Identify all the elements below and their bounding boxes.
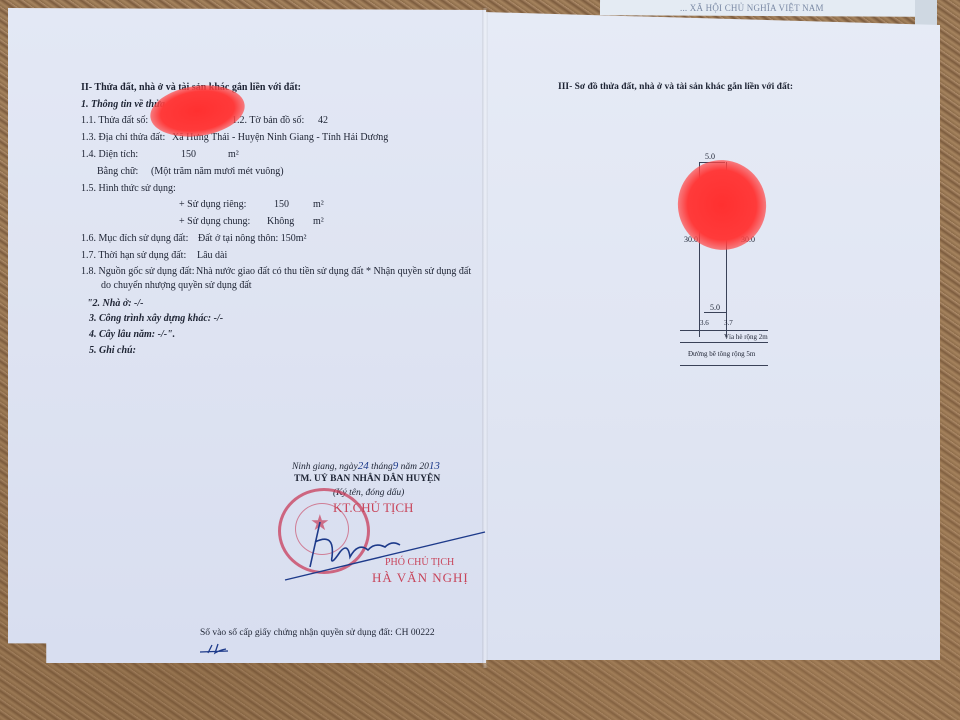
area-value: 150 bbox=[181, 149, 196, 160]
area-unit: m² bbox=[228, 149, 239, 160]
private-use-label: + Sử dụng riêng: bbox=[179, 199, 246, 210]
parcel-number-label: 1.1. Thửa đất số: bbox=[81, 115, 148, 126]
term-label: 1.7. Thời hạn sử dụng đất: bbox=[81, 250, 186, 261]
private-use-value: 150 bbox=[274, 199, 289, 210]
right-page bbox=[484, 12, 940, 660]
corner-right-label: 3.7 bbox=[724, 319, 733, 327]
private-use-unit: m² bbox=[313, 199, 324, 210]
other-construction-entry: 3. Công trình xây dựng khác: -/- bbox=[89, 313, 223, 324]
map-sheet-label: 1.2. Tờ bản đồ số: bbox=[232, 115, 304, 126]
shared-use-value: Không bbox=[267, 216, 294, 227]
area-words-value: (Một trăm năm mươi mét vuông) bbox=[151, 166, 284, 177]
registry-entry: Số vào sổ cấp giấy chứng nhận quyền sử d… bbox=[200, 628, 435, 638]
purpose-label: 1.6. Mục đích sử dụng đất: bbox=[81, 233, 188, 244]
signing-month: 9 bbox=[393, 460, 399, 472]
section-iii-title: III- Sơ đồ thửa đất, nhà ở và tài sản kh… bbox=[558, 82, 793, 92]
address-label: 1.3. Địa chỉ thửa đất: bbox=[81, 132, 165, 143]
usage-form-label: 1.5. Hình thức sử dụng: bbox=[81, 183, 176, 194]
house-entry: "2. Nhà ở: -/- bbox=[87, 298, 143, 309]
purpose-value: Đất ở tại nông thôn: 150m² bbox=[198, 233, 307, 244]
authority-title: TM. UỶ BAN NHÂN DÂN HUYỆN bbox=[294, 474, 440, 484]
signature-icon bbox=[280, 512, 490, 584]
shared-use-label: + Sử dụng chung: bbox=[179, 216, 250, 227]
area-label: 1.4. Diện tích: bbox=[81, 149, 138, 160]
signing-year-prefix: năm 20 bbox=[401, 462, 429, 472]
origin-value-line1: Nhà nước giao đất có thu tiền sử dụng đấ… bbox=[196, 266, 471, 277]
signing-month-prefix: tháng bbox=[371, 462, 393, 472]
road-label: Đường bê tông rộng 5m bbox=[688, 350, 755, 358]
signing-place-date: Ninh giang, ngày24 tháng9 năm 2013 bbox=[292, 460, 440, 472]
notes-entry: 5. Ghi chú: bbox=[89, 345, 136, 356]
background-sheet-heading: ... XÃ HỘI CHỦ NGHĨA VIỆT NAM bbox=[680, 3, 824, 13]
corner-left-label: 3.6 bbox=[700, 319, 709, 327]
signing-place-prefix: Ninh giang, ngày bbox=[292, 462, 358, 472]
signing-year-suffix: 13 bbox=[429, 460, 440, 472]
initials-icon bbox=[198, 642, 238, 656]
origin-value-line2: do chuyển nhượng quyền sử dụng đất bbox=[101, 280, 252, 291]
origin-label: 1.8. Nguồn gốc sử dụng đất: bbox=[81, 266, 194, 277]
shared-use-unit: m² bbox=[313, 216, 324, 227]
bottom-width-label: 5.0 bbox=[710, 303, 720, 312]
signing-day: 24 bbox=[358, 460, 369, 472]
perennial-trees-entry: 4. Cây lâu năm: -/-". bbox=[89, 329, 175, 340]
sidewalk-label: Vỉa hè rộng 2m bbox=[724, 333, 768, 341]
area-words-label: Bằng chữ: bbox=[97, 166, 138, 177]
term-value: Lâu dài bbox=[197, 250, 227, 261]
map-sheet-value: 42 bbox=[318, 115, 328, 126]
